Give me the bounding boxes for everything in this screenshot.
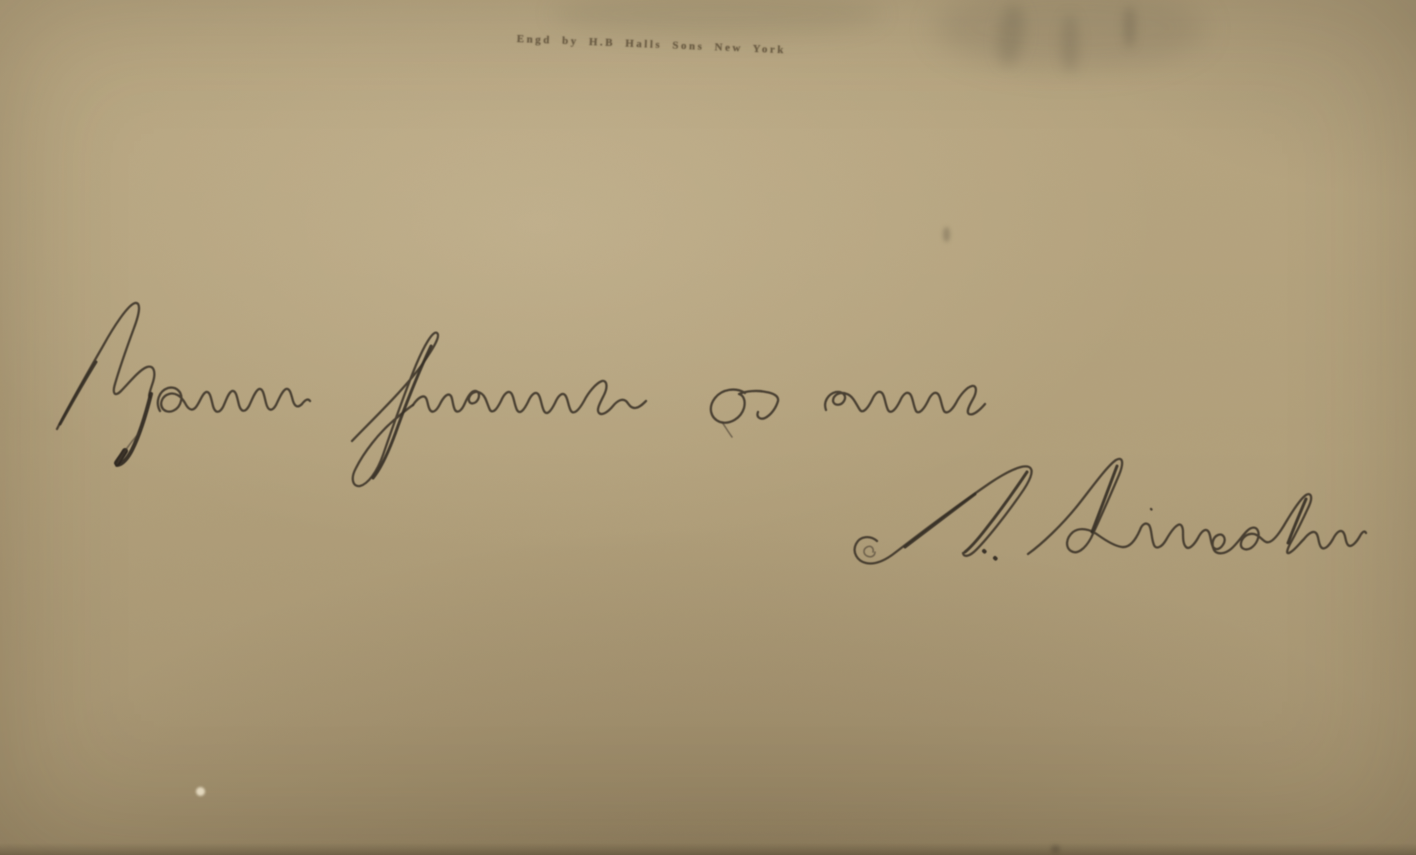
- ink-stroke-Y: [57, 303, 154, 429]
- autograph-page-photo: Engd by H.B Halls Sons New York: [0, 0, 1416, 855]
- handwriting-layer: [0, 0, 1416, 855]
- ink-stroke-as: [711, 390, 778, 423]
- ink-stroke-Y-leg: [60, 362, 96, 424]
- ink-stroke-as-tail: [722, 422, 732, 437]
- ink-stroke-i-dot: [1151, 509, 1152, 510]
- ink-stroke-A: [855, 466, 1032, 563]
- ink-stroke-period-dot: [984, 551, 985, 552]
- inscription-handwriting: [57, 303, 985, 486]
- ink-stroke-A-downstroke: [965, 472, 1027, 552]
- signature-handwriting: [855, 459, 1366, 564]
- ink-stroke-riend: [413, 381, 646, 414]
- ink-stroke-Lincoln: [1028, 459, 1366, 554]
- ink-stroke-our: [158, 388, 310, 412]
- ink-stroke-L-downstroke: [1092, 466, 1117, 532]
- ink-stroke-period-dot: [995, 558, 996, 559]
- ink-stroke-A-curl: [864, 546, 875, 556]
- photo-bottom-edge-shadow: [0, 843, 1416, 855]
- ink-stroke-A-sweep: [905, 494, 975, 547]
- ink-stroke-ever: [825, 386, 985, 414]
